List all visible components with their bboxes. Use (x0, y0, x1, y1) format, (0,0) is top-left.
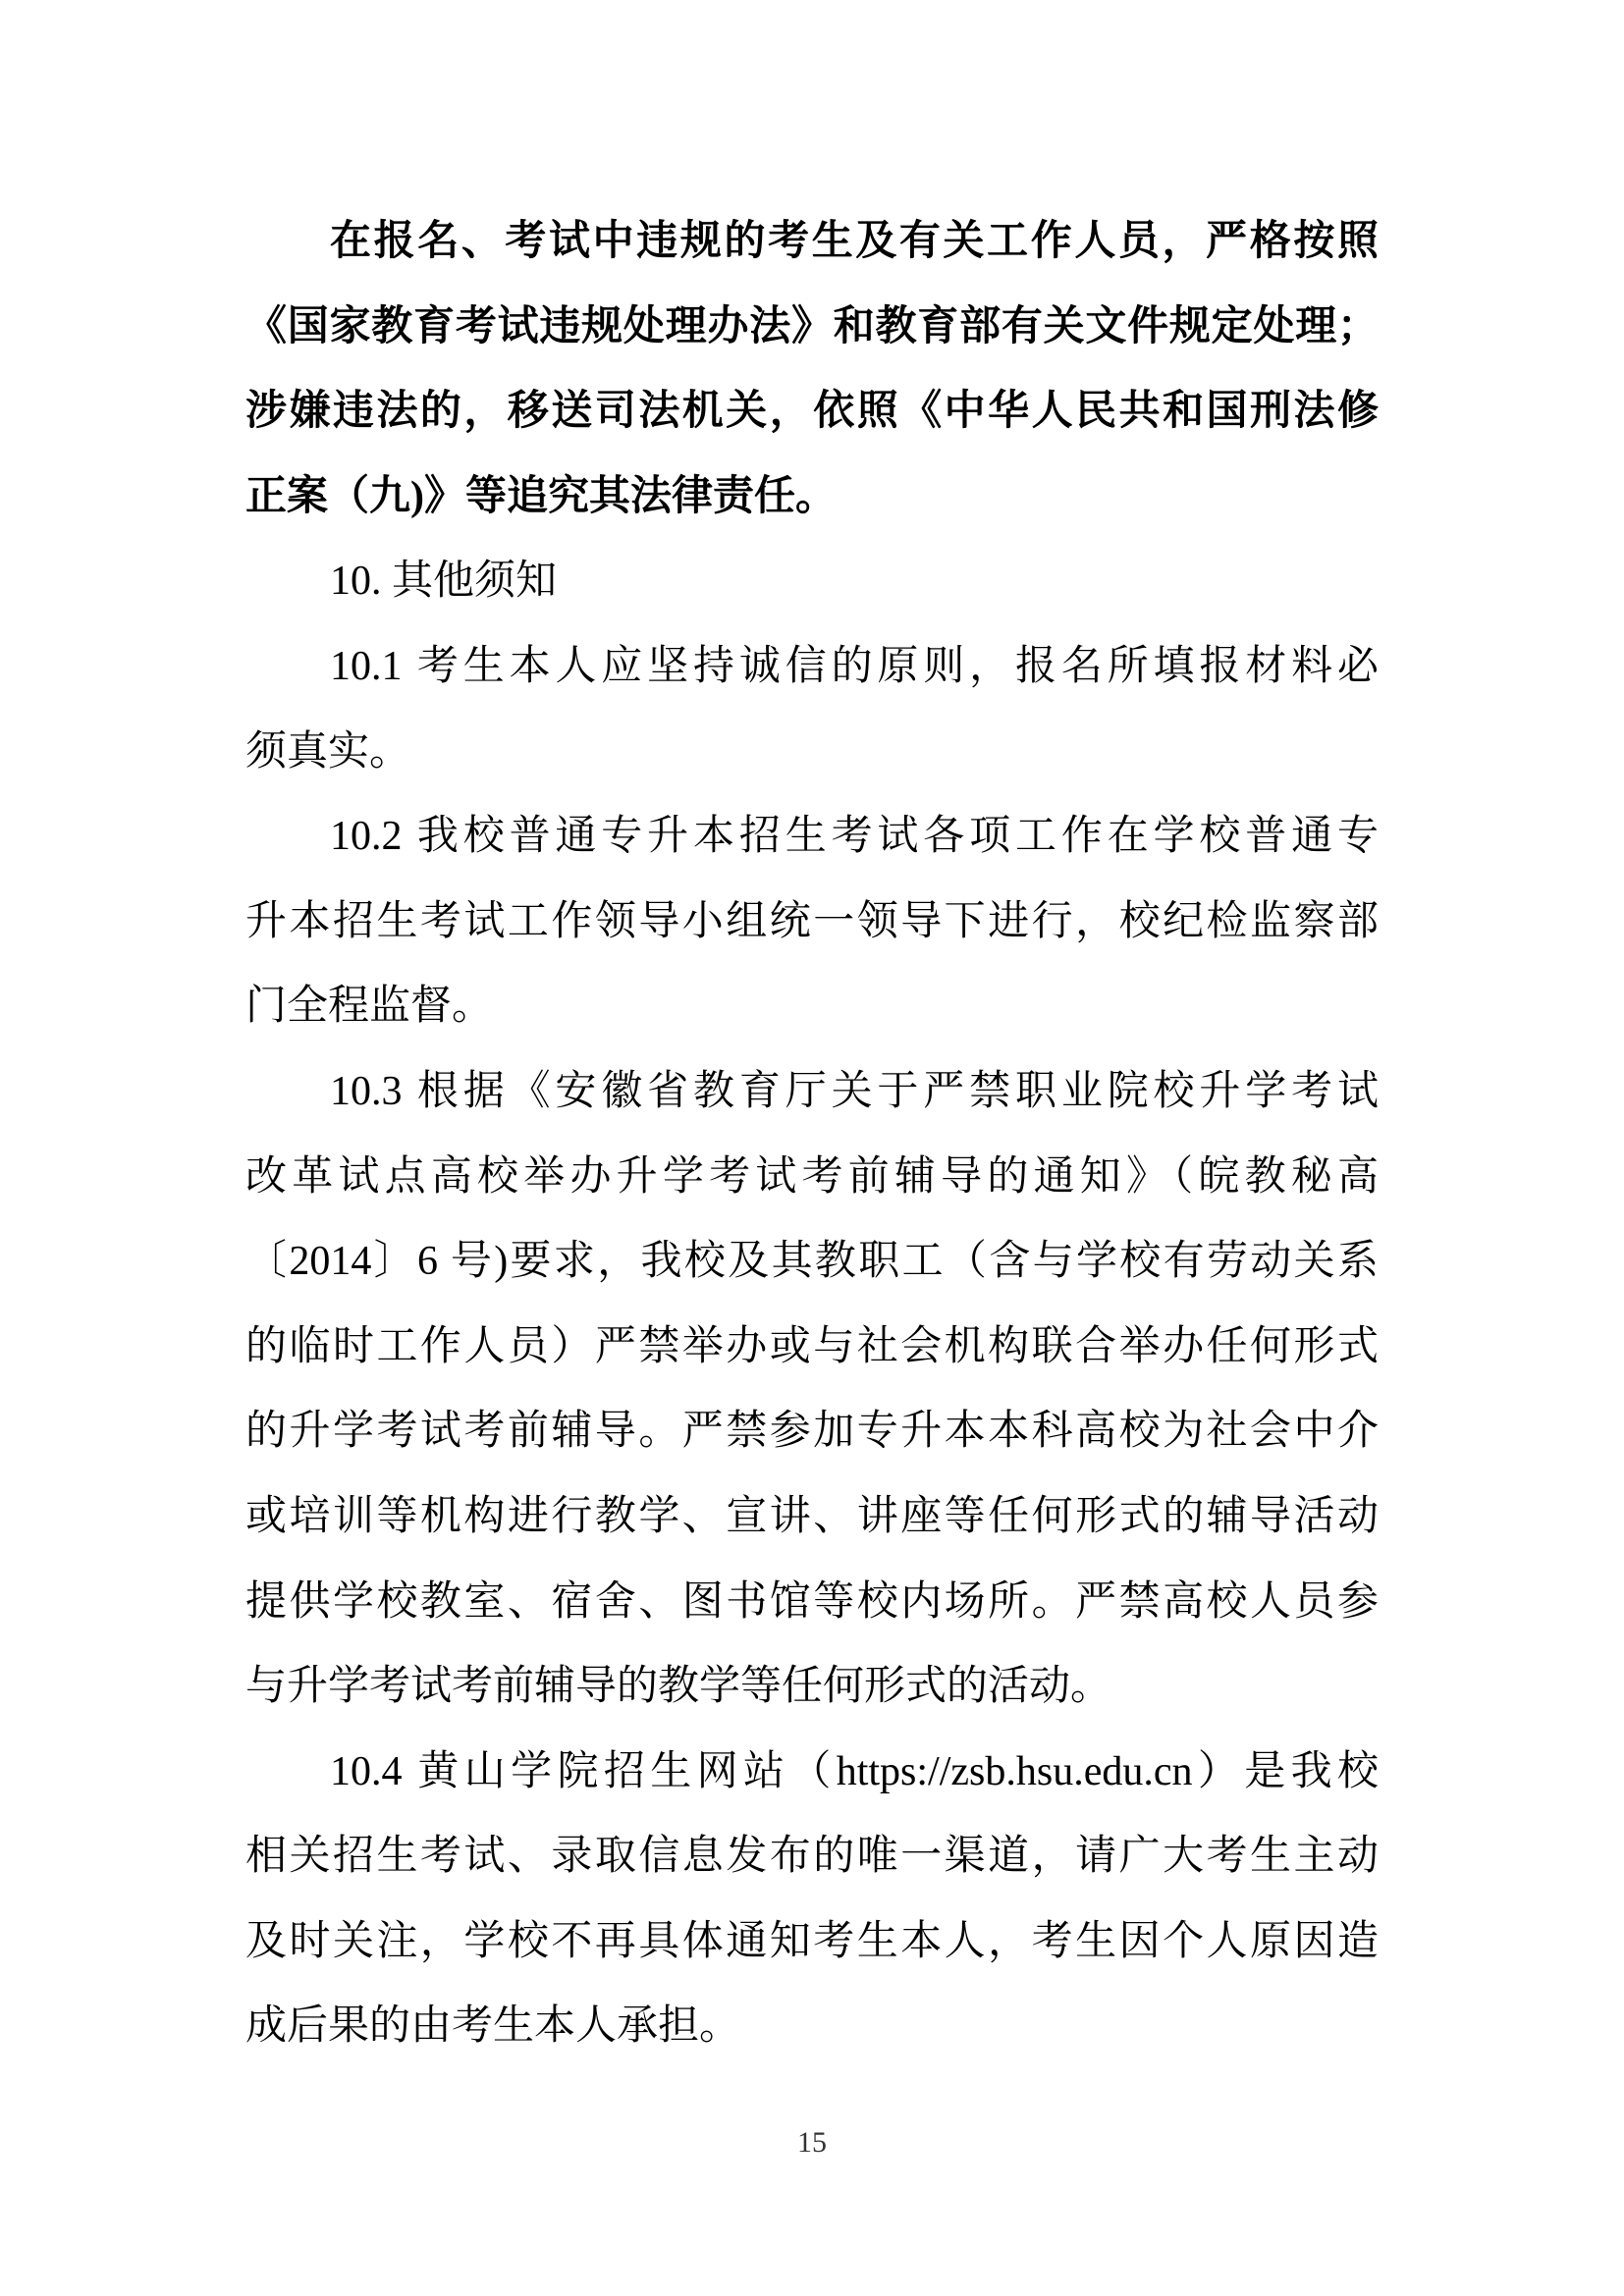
text-line: 成后果的由考生本人承担。 (245, 1984, 1379, 2069)
text-line: 的升学考试考前辅导。严禁参加专升本本科高校为社会中介 (245, 1389, 1379, 1474)
text-line: 与升学考试考前辅导的教学等任何形式的活动。 (245, 1644, 1379, 1730)
text-line: 提供学校教室、宿舍、图书馆等校内场所。严禁高校人员参 (245, 1560, 1379, 1645)
paragraph-10-4: 10.4 黄山学院招生网站（https://zsb.hsu.edu.cn）是我校… (245, 1730, 1379, 2069)
text-line: 或培训等机构进行教学、宣讲、讲座等任何形式的辅导活动 (245, 1474, 1379, 1560)
text-line: 改革试点高校举办升学考试考前辅导的通知》（皖教秘高 (245, 1135, 1379, 1220)
document-page: 在报名、考试中违规的考生及有关工作人员，严格按照 《国家教育考试违规处理办法》和… (0, 0, 1624, 2296)
paragraph-10-3: 10.3 根据《安徽省教育厅关于严禁职业院校升学考试 改革试点高校举办升学考试考… (245, 1049, 1379, 1730)
text-line: 涉嫌违法的，移送司法机关，依照《中华人民共和国刑法修 (245, 369, 1379, 454)
paragraph-violation-notice: 在报名、考试中违规的考生及有关工作人员，严格按照 《国家教育考试违规处理办法》和… (245, 199, 1379, 539)
text-line: 正案（九)》等追究其法律责任。 (245, 454, 1379, 540)
text-line: 10. 其他须知 (245, 539, 1379, 624)
text-line: 在报名、考试中违规的考生及有关工作人员，严格按照 (245, 199, 1379, 285)
text-line: 升本招生考试工作领导小组统一领导下进行，校纪检监察部 (245, 880, 1379, 965)
text-line: 门全程监督。 (245, 964, 1379, 1049)
text-line: 相关招生考试、录取信息发布的唯一渠道，请广大考生主动 (245, 1814, 1379, 1899)
text-line: 《国家教育考试违规处理办法》和教育部有关文件规定处理； (245, 285, 1379, 370)
paragraph-10-2: 10.2 我校普通专升本招生考试各项工作在学校普通专 升本招生考试工作领导小组统… (245, 794, 1379, 1049)
page-number: 15 (0, 2128, 1624, 2158)
text-line: 须真实。 (245, 710, 1379, 795)
text-line: 10.4 黄山学院招生网站（https://zsb.hsu.edu.cn）是我校 (245, 1730, 1379, 1815)
text-line: 10.2 我校普通专升本招生考试各项工作在学校普通专 (245, 794, 1379, 880)
text-line: 及时关注，学校不再具体通知考生本人，考生因个人原因造 (245, 1899, 1379, 1985)
paragraph-10-1: 10.1 考生本人应坚持诚信的原则，报名所填报材料必 须真实。 (245, 624, 1379, 794)
text-line: 的临时工作人员）严禁举办或与社会机构联合举办任何形式 (245, 1305, 1379, 1390)
document-body: 在报名、考试中违规的考生及有关工作人员，严格按照 《国家教育考试违规处理办法》和… (245, 199, 1379, 2069)
text-line: 10.3 根据《安徽省教育厅关于严禁职业院校升学考试 (245, 1049, 1379, 1135)
paragraph-section-10-heading: 10. 其他须知 (245, 539, 1379, 624)
text-line: 〔2014〕6 号)要求，我校及其教职工（含与学校有劳动关系 (245, 1219, 1379, 1305)
text-line: 10.1 考生本人应坚持诚信的原则，报名所填报材料必 (245, 624, 1379, 710)
